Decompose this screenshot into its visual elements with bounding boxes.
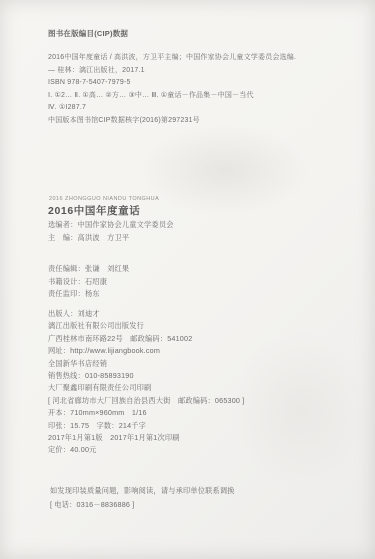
scanned-page: 图书在版编目(CIP)数据 2016中国年度童话 / 高洪波，方卫平主编；中国作…	[0, 0, 375, 559]
quality-notice-block: 如发现印装质量问题，影响阅读，请与承印单位联系调换 [ 电话：0316－8836…	[50, 484, 235, 512]
print-supervisor-line: 责任监印：杨东	[48, 288, 129, 301]
distribution-line: 全国新华书店经销	[48, 358, 245, 370]
scan-smudge	[140, 125, 310, 215]
cip-block: 2016中国年度童话 / 高洪波，方卫平主编；中国作家协会儿童文学委员会选编. …	[48, 52, 296, 128]
publishing-block: 出版人：刘迪才 漓江出版社有限公司出版发行 广西桂林市南环路22号 邮政编码：5…	[48, 308, 245, 457]
cip-classification-line: Ⅳ. ①I287.7	[48, 102, 296, 115]
cip-line: 2016中国年度童话 / 高洪波，方卫平主编；中国作家协会儿童文学委员会选编.	[48, 52, 296, 65]
printer-address-line: [ 河北省廊坊市大厂回族自治县西大街 邮政编码：065300 ]	[48, 395, 245, 407]
book-designer-line: 书籍设计：石绍康	[48, 276, 129, 289]
cip-isbn-line: ISBN 978-7-5407-7979-5	[48, 77, 296, 90]
staff-block: 责任编辑：张谦 刘红果 书籍设计：石绍康 责任监印：杨东	[48, 263, 129, 301]
publisher-person-line: 出版人：刘迪才	[48, 308, 245, 320]
printer-line: 大厂聚鑫印刷有限责任公司印刷	[48, 382, 245, 394]
format-line: 开本：710mm×960mm 1/16	[48, 407, 245, 419]
edition-line: 2017年1月第1版 2017年1月第1次印刷	[48, 432, 245, 444]
book-title: 2016中国年度童话	[48, 203, 140, 218]
quality-notice-line: 如发现印装质量问题，影响阅读，请与承印单位联系调换	[50, 484, 235, 498]
chief-editor-line: 主 编：高洪波 方卫平	[48, 231, 174, 244]
title-credits-block: 选编者：中国作家协会儿童文学委员会 主 编：高洪波 方卫平	[48, 218, 174, 244]
title-pinyin: 2016 ZHONGGUO NIANDU TONGHUA	[49, 196, 159, 202]
publishing-house-line: 漓江出版社有限公司出版发行	[48, 320, 245, 332]
cip-registration-line: 中国版本图书馆CIP数据核字(2016)第297231号	[48, 115, 296, 128]
contact-phone-line: [ 电话：0316－8836886 ]	[50, 498, 235, 512]
cip-line: — 桂林：漓江出版社，2017.1	[48, 65, 296, 78]
selector-line: 选编者：中国作家协会儿童文学委员会	[48, 218, 174, 231]
website-line: 网址：http://www.lijiangbook.com	[48, 345, 245, 357]
scan-smudge	[230, 330, 370, 490]
sales-hotline-line: 销售热线：010-85893190	[48, 370, 245, 382]
sheets-wordcount-line: 印张：15.75 字数：214千字	[48, 420, 245, 432]
price-line: 定价：40.00元	[48, 444, 245, 456]
responsible-editor-line: 责任编辑：张谦 刘红果	[48, 263, 129, 276]
cip-classification-line: Ⅰ. ①2… Ⅱ. ①高… ②方… ③中… Ⅲ. ①童话－作品集－中国－当代	[48, 90, 296, 103]
publisher-address-line: 广西桂林市南环路22号 邮政编码：541002	[48, 333, 245, 345]
cip-header: 图书在版编目(CIP)数据	[48, 28, 128, 39]
